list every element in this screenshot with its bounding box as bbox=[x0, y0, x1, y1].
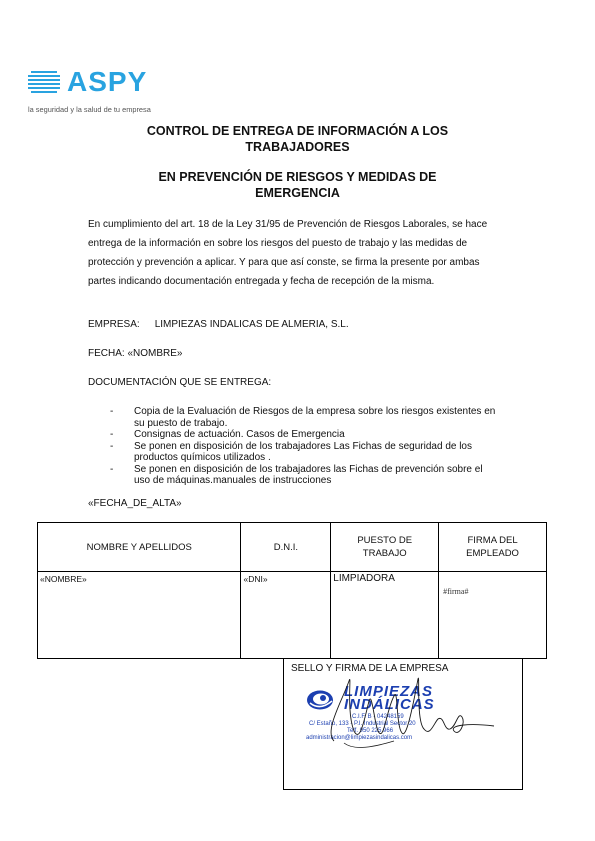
list-item: -Copia de la Evaluación de Riesgos de la… bbox=[110, 406, 500, 429]
header-firma: FIRMA DEL EMPLEADO bbox=[439, 523, 547, 572]
cell-dni: «DNI» bbox=[241, 572, 331, 659]
brand-name: ASPY bbox=[67, 66, 147, 98]
documentation-list: -Copia de la Evaluación de Riesgos de la… bbox=[110, 406, 500, 487]
documentacion-heading: DOCUMENTACIÓN QUE SE ENTREGA: bbox=[88, 377, 271, 388]
list-item-text: Consignas de actuación. Casos de Emergen… bbox=[134, 429, 345, 440]
cell-firma: #firma# bbox=[439, 572, 547, 659]
title-line-2: TRABAJADORES bbox=[0, 139, 595, 155]
cell-puesto: LIMPIADORA bbox=[331, 572, 439, 659]
fecha-field: FECHA: «NOMBRE» bbox=[88, 348, 182, 359]
header-puesto: PUESTO DE TRABAJO bbox=[331, 523, 439, 572]
dash-bullet-icon: - bbox=[110, 464, 113, 476]
fecha-alta-placeholder: «FECHA_DE_ALTA» bbox=[88, 498, 182, 509]
signature-icon bbox=[294, 671, 504, 761]
company-stamp: LIMPIEZAS INDÁLICAS C.I.F. B - 04248159 … bbox=[294, 681, 494, 761]
fecha-label: FECHA: bbox=[88, 348, 125, 359]
list-item: -Se ponen en disposición de los trabajad… bbox=[110, 441, 500, 464]
document-title: CONTROL DE ENTREGA DE INFORMACIÓN A LOS … bbox=[0, 123, 595, 155]
list-item-text: Se ponen en disposición de los trabajado… bbox=[134, 441, 472, 464]
intro-paragraph: En cumplimiento del art. 18 de la Ley 31… bbox=[88, 215, 508, 291]
brand-tagline: la seguridad y la salud de tu empresa bbox=[28, 105, 151, 114]
empresa-field: EMPRESA:LIMPIEZAS INDALICAS DE ALMERIA, … bbox=[88, 319, 349, 330]
list-item-text: Copia de la Evaluación de Riesgos de la … bbox=[134, 406, 495, 429]
empresa-value: LIMPIEZAS INDALICAS DE ALMERIA, S.L. bbox=[155, 319, 349, 330]
dash-bullet-icon: - bbox=[110, 429, 113, 441]
empresa-label: EMPRESA: bbox=[88, 319, 140, 330]
dash-bullet-icon: - bbox=[110, 406, 113, 418]
subtitle-line-2: EMERGENCIA bbox=[0, 185, 595, 201]
company-stamp-box: SELLO Y FIRMA DE LA EMPRESA LIMPIEZAS IN… bbox=[283, 658, 523, 790]
header-nombre: NOMBRE Y APELLIDOS bbox=[38, 523, 241, 572]
list-item: -Se ponen en disposición de los trabajad… bbox=[110, 464, 500, 487]
list-item-text: Se ponen en disposición de los trabajado… bbox=[134, 464, 483, 487]
striped-lines-icon bbox=[28, 71, 60, 95]
list-item: -Consignas de actuación. Casos de Emerge… bbox=[110, 429, 500, 441]
document-subtitle: EN PREVENCIÓN DE RIESGOS Y MEDIDAS DE EM… bbox=[0, 169, 595, 201]
header-dni: D.N.I. bbox=[241, 523, 331, 572]
dash-bullet-icon: - bbox=[110, 441, 113, 453]
fecha-value: «NOMBRE» bbox=[127, 348, 182, 359]
table-row: «NOMBRE» «DNI» LIMPIADORA #firma# bbox=[38, 572, 547, 659]
cell-nombre: «NOMBRE» bbox=[38, 572, 241, 659]
table-header-row: NOMBRE Y APELLIDOS D.N.I. PUESTO DE TRAB… bbox=[38, 523, 547, 572]
aspy-logo: ASPY la seguridad y la salud de tu empre… bbox=[28, 69, 188, 117]
employee-table: NOMBRE Y APELLIDOS D.N.I. PUESTO DE TRAB… bbox=[37, 522, 547, 659]
subtitle-line-1: EN PREVENCIÓN DE RIESGOS Y MEDIDAS DE bbox=[0, 169, 595, 185]
title-line-1: CONTROL DE ENTREGA DE INFORMACIÓN A LOS bbox=[0, 123, 595, 139]
